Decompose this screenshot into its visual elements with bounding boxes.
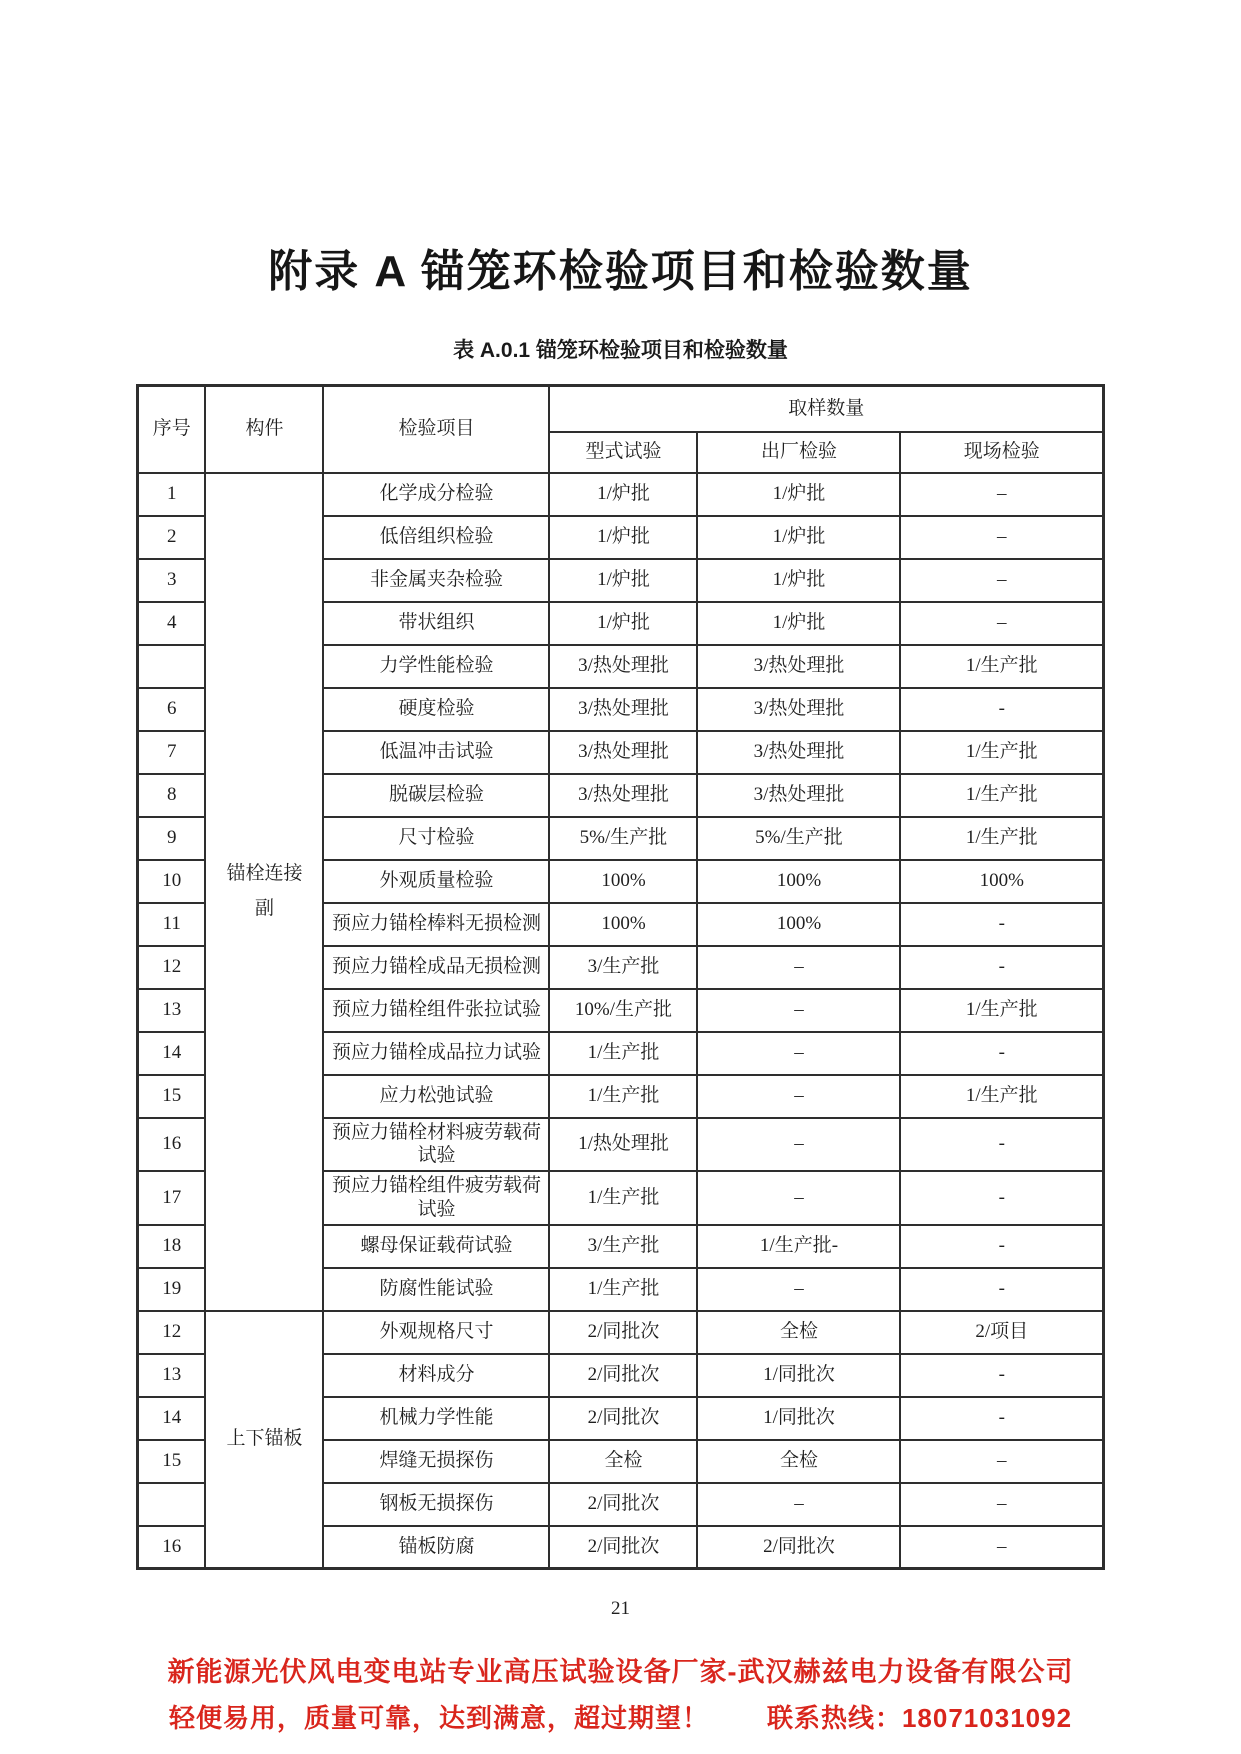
seq-cell: 15 (137, 1075, 205, 1118)
seq-cell: 14 (137, 1397, 205, 1440)
footer-ad: 新能源光伏风电变电站专业高压试验设备厂家-武汉赫兹电力设备有限公司 轻便易用，质… (0, 1656, 1241, 1734)
item-cell: 脱碳层检验 (323, 774, 549, 817)
factory-cell: 1/炉批 (697, 559, 900, 602)
seq-cell: 19 (137, 1268, 205, 1311)
type-test-cell: 3/热处理批 (549, 688, 697, 731)
site-cell: 1/生产批 (900, 989, 1103, 1032)
item-cell: 带状组织 (323, 602, 549, 645)
type-test-cell: 3/热处理批 (549, 731, 697, 774)
type-test-cell: 1/炉批 (549, 516, 697, 559)
site-cell: – (900, 516, 1103, 559)
site-cell: - (900, 688, 1103, 731)
type-test-cell: 3/生产批 (549, 946, 697, 989)
factory-cell: 1/同批次 (697, 1397, 900, 1440)
seq-cell: 13 (137, 989, 205, 1032)
type-test-cell: 1/炉批 (549, 473, 697, 516)
seq-cell: 10 (137, 860, 205, 903)
factory-cell: 全检 (697, 1311, 900, 1354)
item-cell: 预应力锚栓棒料无损检测 (323, 903, 549, 946)
header-seq: 序号 (137, 386, 205, 473)
table-row: 12上下锚板外观规格尺寸2/同批次全检2/项目 (137, 1311, 1103, 1354)
item-cell: 防腐性能试验 (323, 1268, 549, 1311)
site-cell: 100% (900, 860, 1103, 903)
page-title: 附录 A 锚笼环检验项目和检验数量 (0, 0, 1241, 296)
type-test-cell: 1/生产批 (549, 1171, 697, 1225)
item-cell: 化学成分检验 (323, 473, 549, 516)
seq-cell: 7 (137, 731, 205, 774)
seq-cell: 12 (137, 946, 205, 989)
item-cell: 机械力学性能 (323, 1397, 549, 1440)
type-test-cell: 2/同批次 (549, 1397, 697, 1440)
item-cell: 低温冲击试验 (323, 731, 549, 774)
item-cell: 预应力锚栓组件张拉试验 (323, 989, 549, 1032)
item-cell: 预应力锚栓成品无损检测 (323, 946, 549, 989)
site-cell: 1/生产批 (900, 731, 1103, 774)
seq-cell: 11 (137, 903, 205, 946)
type-test-cell: 全检 (549, 1440, 697, 1483)
seq-cell: 13 (137, 1354, 205, 1397)
item-cell: 力学性能检验 (323, 645, 549, 688)
site-cell: – (900, 559, 1103, 602)
table-row: 1锚栓连接副化学成分检验1/炉批1/炉批– (137, 473, 1103, 516)
site-cell: - (900, 1225, 1103, 1268)
item-cell: 非金属夹杂检验 (323, 559, 549, 602)
factory-cell: 1/炉批 (697, 516, 900, 559)
type-test-cell: 10%/生产批 (549, 989, 697, 1032)
site-cell: - (900, 1171, 1103, 1225)
factory-cell: 1/生产批- (697, 1225, 900, 1268)
site-cell: 2/项目 (900, 1311, 1103, 1354)
seq-cell: 15 (137, 1440, 205, 1483)
header-component: 构件 (205, 386, 323, 473)
item-cell: 尺寸检验 (323, 817, 549, 860)
type-test-cell: 100% (549, 860, 697, 903)
type-test-cell: 2/同批次 (549, 1483, 697, 1526)
factory-cell: 100% (697, 903, 900, 946)
header-sampling: 取样数量 (549, 386, 1103, 432)
factory-cell: 5%/生产批 (697, 817, 900, 860)
footer-slogan-line: 轻便易用，质量可靠，达到满意，超过期望！ 联系热线：18071031092 (0, 1702, 1241, 1734)
document-page: 附录 A 锚笼环检验项目和检验数量 表 A.0.1 锚笼环检验项目和检验数量 序… (0, 0, 1241, 1754)
seq-cell: 17 (137, 1171, 205, 1225)
factory-cell: 1/炉批 (697, 473, 900, 516)
factory-cell: 100% (697, 860, 900, 903)
seq-cell: 16 (137, 1118, 205, 1172)
seq-cell: 6 (137, 688, 205, 731)
type-test-cell: 1/生产批 (549, 1268, 697, 1311)
seq-cell: 4 (137, 602, 205, 645)
site-cell: – (900, 1526, 1103, 1569)
type-test-cell: 3/生产批 (549, 1225, 697, 1268)
factory-cell: 3/热处理批 (697, 645, 900, 688)
factory-cell: – (697, 1032, 900, 1075)
header-item: 检验项目 (323, 386, 549, 473)
site-cell: - (900, 1032, 1103, 1075)
item-cell: 材料成分 (323, 1354, 549, 1397)
site-cell: - (900, 903, 1103, 946)
site-cell: 1/生产批 (900, 817, 1103, 860)
item-cell: 锚板防腐 (323, 1526, 549, 1569)
page-number: 21 (0, 1598, 1241, 1620)
type-test-cell: 1/炉批 (549, 602, 697, 645)
type-test-cell: 2/同批次 (549, 1354, 697, 1397)
type-test-cell: 100% (549, 903, 697, 946)
item-cell: 预应力锚栓材料疲劳载荷试验 (323, 1118, 549, 1172)
factory-cell: 1/同批次 (697, 1354, 900, 1397)
header-type-test: 型式试验 (549, 432, 697, 473)
item-cell: 预应力锚栓成品拉力试验 (323, 1032, 549, 1075)
type-test-cell: 1/生产批 (549, 1032, 697, 1075)
factory-cell: – (697, 946, 900, 989)
item-cell: 应力松弛试验 (323, 1075, 549, 1118)
item-cell: 预应力锚栓组件疲劳载荷试验 (323, 1171, 549, 1225)
header-factory-inspection: 出厂检验 (697, 432, 900, 473)
footer-company-line: 新能源光伏风电变电站专业高压试验设备厂家-武汉赫兹电力设备有限公司 (0, 1656, 1241, 1688)
factory-cell: – (697, 1268, 900, 1311)
site-cell: - (900, 946, 1103, 989)
inspection-table-body: 1锚栓连接副化学成分检验1/炉批1/炉批–2低倍组织检验1/炉批1/炉批–3非金… (137, 473, 1103, 1569)
type-test-cell: 5%/生产批 (549, 817, 697, 860)
header-row-1: 序号 构件 检验项目 取样数量 (137, 386, 1103, 432)
item-cell: 硬度检验 (323, 688, 549, 731)
factory-cell: – (697, 1075, 900, 1118)
site-cell: 1/生产批 (900, 645, 1103, 688)
seq-cell: 8 (137, 774, 205, 817)
factory-cell: 3/热处理批 (697, 688, 900, 731)
seq-cell (137, 645, 205, 688)
factory-cell: – (697, 989, 900, 1032)
site-cell: – (900, 602, 1103, 645)
factory-cell: – (697, 1118, 900, 1172)
table-header: 序号 构件 检验项目 取样数量 型式试验 出厂检验 现场检验 (137, 386, 1103, 473)
seq-cell: 16 (137, 1526, 205, 1569)
site-cell: - (900, 1397, 1103, 1440)
factory-cell: – (697, 1483, 900, 1526)
factory-cell: 全检 (697, 1440, 900, 1483)
seq-cell: 9 (137, 817, 205, 860)
factory-cell: 3/热处理批 (697, 774, 900, 817)
type-test-cell: 1/炉批 (549, 559, 697, 602)
site-cell: 1/生产批 (900, 1075, 1103, 1118)
type-test-cell: 3/热处理批 (549, 645, 697, 688)
type-test-cell: 3/热处理批 (549, 774, 697, 817)
type-test-cell: 2/同批次 (549, 1311, 697, 1354)
component-cell: 上下锚板 (205, 1311, 323, 1569)
footer-hotline: 联系热线：18071031092 (767, 1702, 1072, 1734)
site-cell: - (900, 1268, 1103, 1311)
site-cell: – (900, 1440, 1103, 1483)
site-cell: – (900, 473, 1103, 516)
item-cell: 焊缝无损探伤 (323, 1440, 549, 1483)
seq-cell: 1 (137, 473, 205, 516)
type-test-cell: 2/同批次 (549, 1526, 697, 1569)
item-cell: 钢板无损探伤 (323, 1483, 549, 1526)
site-cell: 1/生产批 (900, 774, 1103, 817)
factory-cell: 3/热处理批 (697, 731, 900, 774)
seq-cell: 2 (137, 516, 205, 559)
item-cell: 螺母保证载荷试验 (323, 1225, 549, 1268)
item-cell: 外观规格尺寸 (323, 1311, 549, 1354)
inspection-table: 序号 构件 检验项目 取样数量 型式试验 出厂检验 现场检验 1锚栓连接副化学成… (136, 384, 1105, 1570)
seq-cell: 12 (137, 1311, 205, 1354)
site-cell: - (900, 1118, 1103, 1172)
seq-cell: 18 (137, 1225, 205, 1268)
factory-cell: – (697, 1171, 900, 1225)
type-test-cell: 1/生产批 (549, 1075, 697, 1118)
item-cell: 外观质量检验 (323, 860, 549, 903)
type-test-cell: 1/热处理批 (549, 1118, 697, 1172)
seq-cell (137, 1483, 205, 1526)
seq-cell: 3 (137, 559, 205, 602)
factory-cell: 1/炉批 (697, 602, 900, 645)
footer-slogan: 轻便易用，质量可靠，达到满意，超过期望！ (169, 1702, 709, 1734)
site-cell: - (900, 1354, 1103, 1397)
component-cell: 锚栓连接副 (205, 473, 323, 1311)
seq-cell: 14 (137, 1032, 205, 1075)
table-caption: 表 A.0.1 锚笼环检验项目和检验数量 (0, 338, 1241, 364)
item-cell: 低倍组织检验 (323, 516, 549, 559)
header-site-inspection: 现场检验 (900, 432, 1103, 473)
factory-cell: 2/同批次 (697, 1526, 900, 1569)
site-cell: – (900, 1483, 1103, 1526)
